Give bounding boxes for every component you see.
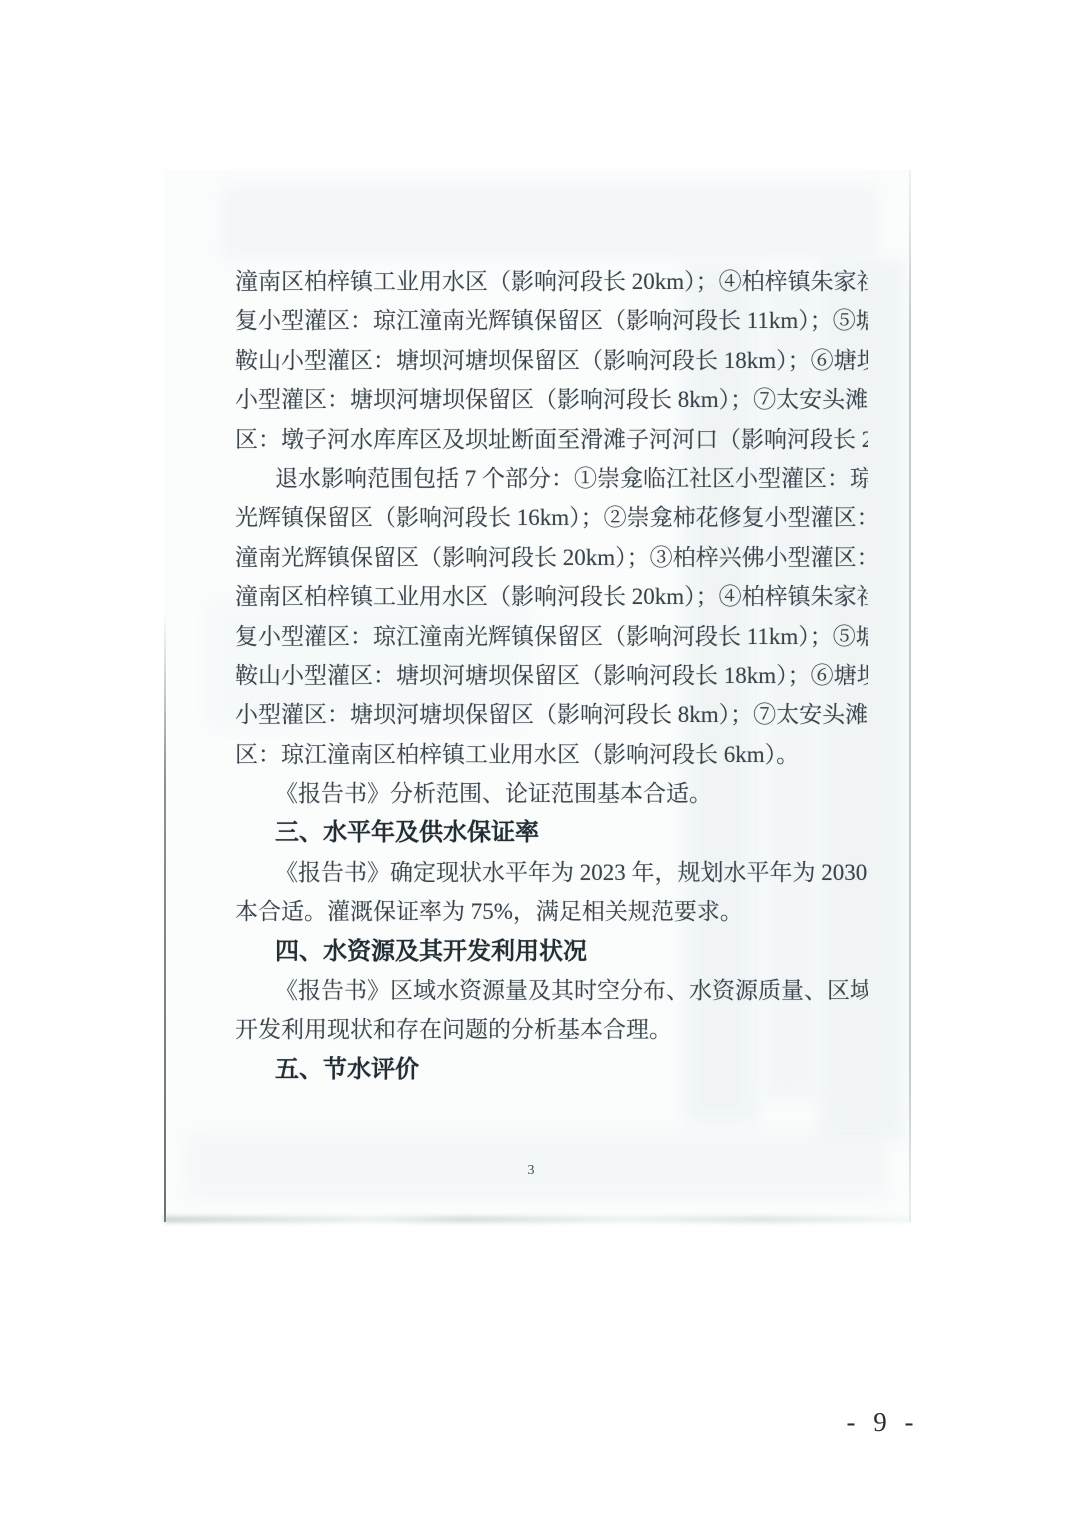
text-line: 小型灌区：塘坝河塘坝保留区（影响河段长 8km）；⑦太安头滩小型灌 (235, 380, 868, 419)
text-line: 《报告书》分析范围、论证范围基本合适。 (235, 774, 868, 813)
pdf-page: 潼南区柏梓镇工业用水区（影响河段长 20km）；④柏梓镇朱家社区修 复小型灌区：… (0, 0, 1074, 1520)
text-line: 潼南区柏梓镇工业用水区（影响河段长 20km）；④柏梓镇朱家社区修 (235, 577, 868, 616)
paper-left-edge (164, 170, 166, 1222)
text-line: 退水影响范围包括 7 个部分：①崇龛临江社区小型灌区：琼江潼南 (235, 459, 868, 498)
text-line: 复小型灌区：琼江潼南光辉镇保留区（影响河段长 11km）；⑤塘坝马 (235, 301, 868, 340)
heading-water-saving-evaluation: 五、节水评价 (235, 1050, 868, 1089)
text-line: 潼南光辉镇保留区（影响河段长 20km）；③柏梓兴佛小型灌区：琼江 (235, 538, 868, 577)
paper-right-edge (909, 170, 911, 1222)
heading-water-resources-utilization: 四、水资源及其开发利用状况 (235, 932, 868, 971)
scanned-page-number: 3 (516, 1163, 546, 1179)
text-line: 区：琼江潼南区柏梓镇工业用水区（影响河段长 6km）。 (235, 735, 868, 774)
text-line: 光辉镇保留区（影响河段长 16km）；②崇龛柿花修复小型灌区：琼江 (235, 498, 868, 537)
text-line: 《报告书》确定现状水平年为 2023 年，规划水平年为 2030 年，基 (235, 853, 868, 892)
text-line: 复小型灌区：琼江潼南光辉镇保留区（影响河段长 11km）；⑤塘坝马 (235, 617, 868, 656)
text-line: 开发利用现状和存在问题的分析基本合理。 (235, 1010, 868, 1049)
text-line: 本合适。灌溉保证率为 75%，满足相关规范要求。 (235, 892, 868, 931)
text-line: 潼南区柏梓镇工业用水区（影响河段长 20km）；④柏梓镇朱家社区修 (235, 262, 868, 301)
text-line: 小型灌区：塘坝河塘坝保留区（影响河段长 8km）；⑦太安头滩小型灌 (235, 695, 868, 734)
text-line: 区：墩子河水库库区及坝址断面至滑滩子河河口（影响河段长 2.0km）。 (235, 420, 868, 459)
text-line: 《报告书》区域水资源量及其时空分布、水资源质量、区域水资源 (235, 971, 868, 1010)
text-line: 鞍山小型灌区：塘坝河塘坝保留区（影响河段长 18km）；⑥塘坝龙珠 (235, 341, 868, 380)
heading-water-level-year: 三、水平年及供水保证率 (235, 813, 868, 852)
scanned-document-page: 潼南区柏梓镇工业用水区（影响河段长 20km）；④柏梓镇朱家社区修 复小型灌区：… (164, 170, 911, 1222)
pdf-page-number: - 9 - (833, 1407, 929, 1438)
scan-artifact (219, 185, 879, 260)
document-text: 潼南区柏梓镇工业用水区（影响河段长 20km）；④柏梓镇朱家社区修 复小型灌区：… (235, 262, 868, 1089)
text-line: 鞍山小型灌区：塘坝河塘坝保留区（影响河段长 18km）；⑥塘坝龙珠 (235, 656, 868, 695)
paper-bottom-edge (164, 1216, 911, 1223)
